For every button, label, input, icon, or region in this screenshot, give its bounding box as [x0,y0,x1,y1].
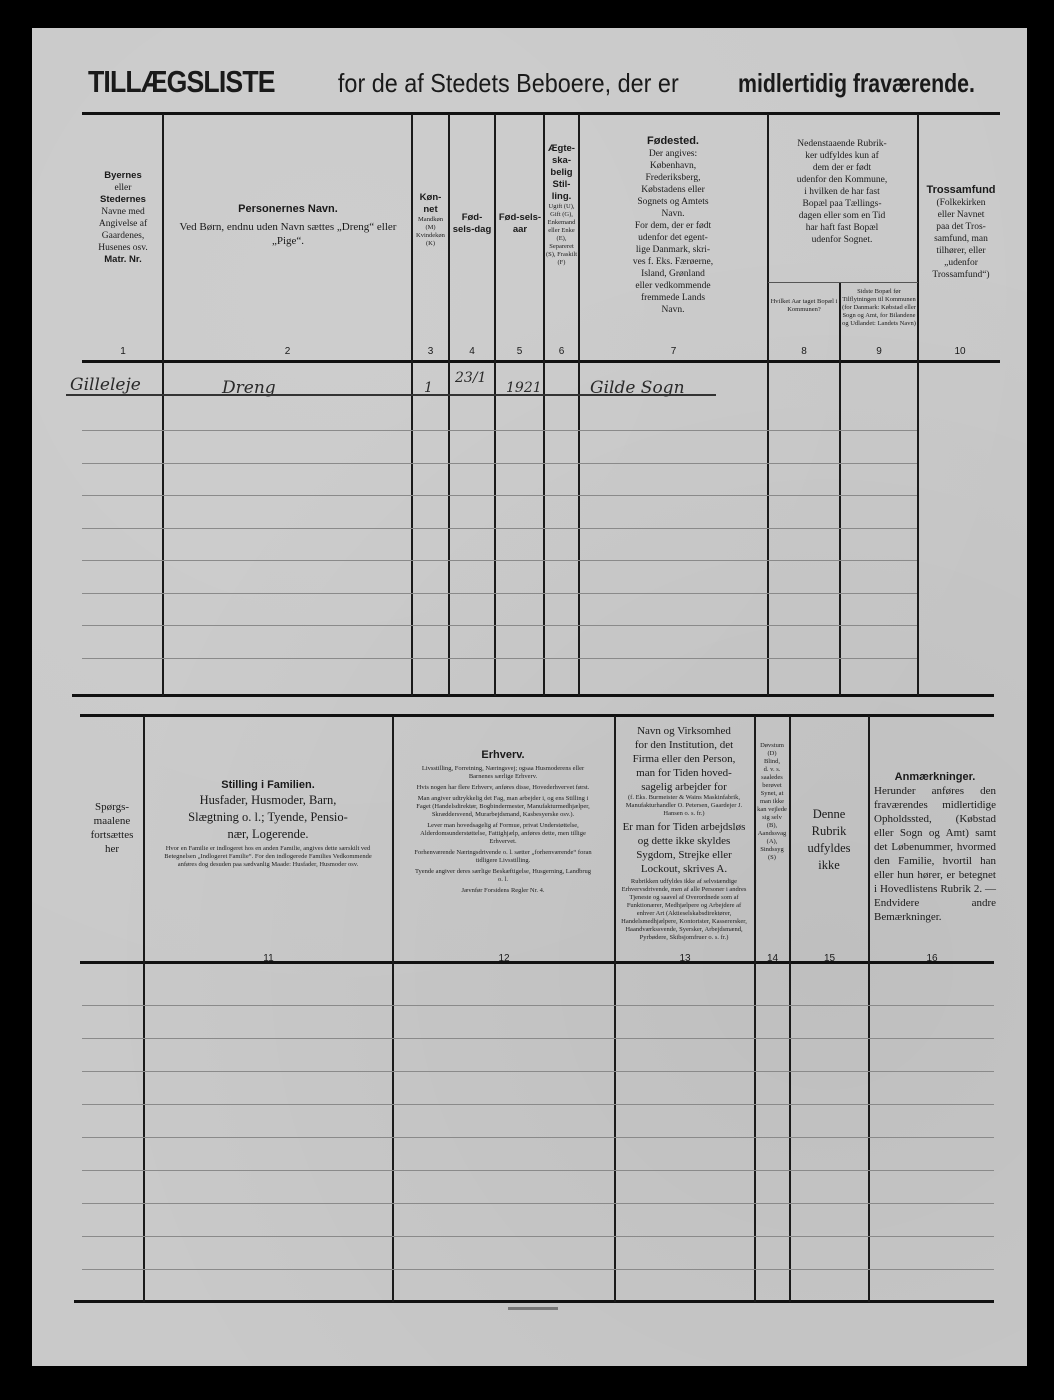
lower-col-divider [868,716,870,1302]
ruled-line [82,560,917,561]
header-text-line: ker udfyldes kun af [772,150,912,162]
header-text-line: i hvilken de har fast [772,186,912,198]
ruled-line [82,1203,994,1204]
header-col-1: Byernes eller Stedernes Navne med Angive… [84,170,162,266]
col-num-4: 4 [450,346,494,357]
ruled-line [82,1005,994,1006]
header-text-line: Man angiver udtrykkelig det Fag, man arb… [414,795,592,819]
header-text-line: Firma eller den Person, [618,752,750,766]
upper-col-divider [767,114,769,696]
lower-col-divider [143,716,145,1302]
header-text-line: (B), [756,822,788,830]
header-col-5: Fød-sels-aar [498,212,542,236]
header-text-line: d. v. s. saaledes [756,766,788,782]
header-text-line: Navn. [584,208,762,220]
header-col-13: Navn og Virksomhedfor den Institution, d… [618,724,750,942]
header-text-line: har haft fast Bopæl [772,222,912,234]
ruled-line [82,1137,994,1138]
title-bold-end: midlertidig fraværende. [738,68,975,99]
ruled-line [82,1269,994,1270]
header-text-line: Hvis nogen har flere Erhverv, anføres di… [414,784,592,792]
header-text-line: For dem, der er født [584,220,762,232]
col-num-5: 5 [496,346,543,357]
header-text-line: Der angives: [584,148,762,160]
ruled-line [82,625,917,626]
header-text-line: Sindssyg [756,846,788,854]
header-col-9: Sidste Bopæl før Tilflytningen til Kommu… [842,288,916,328]
header-col-2: Personernes Navn. Ved Børn, endnu uden N… [170,202,406,248]
header-col-4: Fød-sels-dag [452,212,492,236]
header-text-line: (Folkekirken [920,197,1002,209]
ruled-line [82,1236,994,1237]
header-text-line: Tyende angiver deres særlige Beskæftigel… [414,868,592,884]
ruled-line [82,495,917,496]
header-text-line: kan vejlede [756,806,788,814]
entry-place: Gilleleje [70,375,141,395]
col-num-16: 16 [870,953,994,964]
header-text-line: eller Navnet [920,209,1002,221]
col-num-11: 11 [145,953,392,964]
title-rule [82,112,1000,115]
col-num-6: 6 [545,346,578,357]
header-text-line: man ikke [756,798,788,806]
header-text-line: (A), [756,838,788,846]
ruled-line [82,1170,994,1171]
ruled-line [82,528,917,529]
header-text-line: dem der er født [772,162,912,174]
col-num-2: 2 [164,346,411,357]
ruled-line [82,1038,994,1039]
header-text-line: Sognets og Amtets [584,196,762,208]
header-text-line: fremmede Lands [584,292,762,304]
col-num-7: 7 [580,346,767,357]
entry-birth-day: 23/1 [455,370,486,386]
header-text-line: paa det Tros- [920,221,1002,233]
title-bold-start: TILLÆGSLISTE [88,64,275,100]
header-col-6: Ægte-ska-belig Stil-ling. Ugift (U), Gif… [545,143,578,267]
span-8-9-divider [768,282,918,283]
header-text-line: Blind, [756,758,788,766]
ruled-line [82,430,917,431]
header-col-8: Hvilket Aar taget Bopæl i Kommunen? [770,298,838,314]
header-text-line: sagelig arbejder for [618,780,750,794]
upper-col-divider [448,114,450,696]
lower-col-divider [789,716,791,1302]
header-text-line: (D) [756,750,788,758]
header-text-line: lige Danmark, skri- [584,244,762,256]
upper-col-divider [162,114,164,696]
header-col-15: Denne Rubrik udfyldes ikke [792,806,866,874]
ruled-line [82,658,917,659]
header-text-line: København, [584,160,762,172]
lower-col-divider [614,716,616,1302]
header-col-14: Døvstum(D)Blind,d. v. s. saaledesberøvet… [756,742,788,862]
printer-imprint [508,1307,558,1310]
header-text-line: udenfor Sognet. [772,234,912,246]
upper-table-bottom-rule [72,694,994,697]
header-text-line: Navn. [584,304,762,316]
lower-col-divider [392,716,394,1302]
lower-table-bottom-rule [74,1300,994,1303]
header-text-line: (S) [756,854,788,862]
form-title: TILLÆGSLISTE for de af Stedets Beboere, … [88,64,1008,108]
header-col-3: Køn-net Mandkøn (M) Kvindekøn (K) [413,192,448,248]
header-text-line: udenfor det egent- [584,232,762,244]
ruled-line [82,593,917,594]
col-num-12: 12 [394,953,614,964]
col-num-13: 13 [616,953,754,964]
col-num-3: 3 [413,346,448,357]
upper-col-divider [578,114,580,696]
header-text-line: sig selv [756,814,788,822]
upper-header-rule [82,360,1000,363]
lower-left-note: Spørgs- maalene fortsættes her [82,800,142,856]
lower-table-top-rule [80,714,994,717]
entry-strikethrough [66,394,716,396]
ruled-line [82,1071,994,1072]
header-text-line: Frederiksberg, [584,172,762,184]
header-col-7: Fødested. Der angives:København,Frederik… [584,134,762,316]
header-text-line: Forhenværende Næringsdrivende o. l. sætt… [414,849,592,865]
header-text-line: man for Tiden hoved- [618,766,750,780]
header-text-line: udenfor den Kommune, [772,174,912,186]
upper-col-divider [839,283,841,696]
header-text-line: eller vedkommende [584,280,762,292]
ruled-line [82,463,917,464]
title-middle: for de af Stedets Beboere, der er [338,68,679,99]
header-text-line: Lever man hovedsagelig af Formue, privat… [414,822,592,846]
col-num-15: 15 [791,953,868,964]
header-text-line: dagen eller som en Tid [772,210,912,222]
header-text-line: Jævnfør Forsidens Regler Nr. 4. [414,887,592,895]
upper-col-divider [494,114,496,696]
header-col-10: Trossamfund (Folkekirkeneller Navnetpaa … [920,183,1002,281]
header-text-line: Navn og Virksomhed [618,724,750,738]
col-num-9: 9 [841,346,917,357]
header-text-line: ves f. Eks. Færøerne, [584,256,762,268]
header-text-line: Købstadens eller [584,184,762,196]
header-text-line: berøvet [756,782,788,790]
header-text-line: Nedenstaaende Rubrik- [772,138,912,150]
upper-col-divider [917,114,919,696]
header-text-line: samfund, man [920,233,1002,245]
header-text-line: Døvstum [756,742,788,750]
header-text-line: Trossamfund“) [920,269,1002,281]
col-num-8: 8 [769,346,839,357]
header-text-line: Bopæl paa Tællings- [772,198,912,210]
ruled-line [82,1104,994,1105]
header-text-line: Aandssvag [756,830,788,838]
header-text-line: for den Institution, det [618,738,750,752]
header-text-line: „udenfor [920,257,1002,269]
header-text-line: Synet, at [756,790,788,798]
header-span-8-9: Nedenstaaende Rubrik-ker udfyldes kun af… [772,138,912,246]
header-col-16: Anmærkninger. Herunder anføres den fravæ… [874,770,996,924]
col-num-10: 10 [919,346,1001,357]
header-text-line: Livsstilling, Forretning, Næringsvej; og… [414,765,592,781]
header-text-line: Island, Grønland [584,268,762,280]
col-num-14: 14 [756,953,789,964]
col-num-1: 1 [84,346,162,357]
header-col-11: Stilling i Familien. Husfader, Husmoder,… [150,778,386,869]
header-col-12: Erhverv. Livsstilling, Forretning, Nærin… [414,748,592,895]
header-text-line: tilhører, eller [920,245,1002,257]
